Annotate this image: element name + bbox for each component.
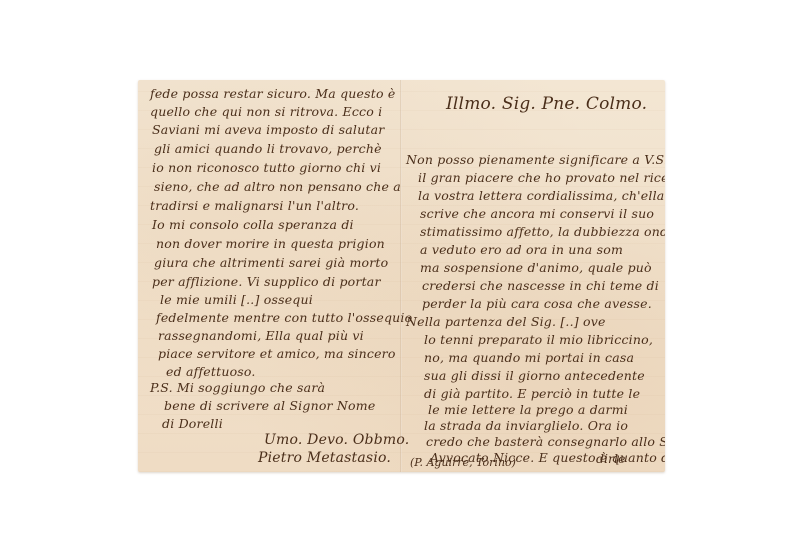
archival-note: (P. Aguirre, Torino): [410, 456, 516, 469]
center-fold: [400, 80, 402, 472]
text-line: le mie lettere la prego a darmi: [428, 402, 628, 418]
text-line: ed affettuoso.: [166, 364, 256, 380]
text-line: giura che altrimenti sarei già morto: [154, 255, 388, 271]
closing-formula: Umo. Devo. Obbmo.: [264, 432, 409, 448]
text-line: sua gli dissi il giorno antecedente: [424, 368, 645, 384]
text-line: il gran piacere che ho provato nel ricev…: [418, 170, 665, 186]
text-line: credersi che nascesse in chi teme di: [422, 278, 659, 294]
text-line: no, ma quando mi portai in casa: [424, 350, 634, 366]
left-page: fede possa restar sicuro. Ma questo è qu…: [146, 80, 396, 472]
text-line-final: dirle: [596, 451, 625, 466]
text-line: di già partito. E perciò in tutte le: [424, 386, 640, 402]
text-line: bene di scrivere al Signor Nome: [164, 398, 375, 414]
letter-sheet: fede possa restar sicuro. Ma questo è qu…: [138, 80, 665, 472]
text-line: fedelmente mentre con tutto l'ossequio: [156, 310, 412, 326]
text-line: quello che qui non si ritrova. Ecco i: [150, 104, 382, 120]
text-line: lo tenni preparato il mio libriccino,: [424, 332, 653, 348]
text-line: ma sospensione d'animo, quale può: [420, 260, 652, 276]
text-line: di Dorelli: [162, 416, 223, 432]
text-line: stimatissimo affetto, la dubbiezza ond'i…: [420, 224, 665, 240]
text-line: scrive che ancora mi conservi il suo: [420, 206, 654, 222]
text-line: Io mi consolo colla speranza di: [152, 217, 354, 233]
text-line: P.S. Mi soggiungo che sarà: [150, 380, 325, 396]
right-page: Illmo. Sig. Pne. Colmo. Non posso pienam…: [406, 80, 661, 472]
text-line: non dover morire in questa prigion: [156, 236, 385, 252]
text-line: Non posso pienamente significare a V.S. …: [406, 152, 665, 168]
text-line: rassegnandomi, Ella qual più vi: [158, 328, 364, 344]
text-line: Nella partenza del Sig. [..] ove: [406, 314, 606, 330]
text-line: perder la più cara cosa che avesse.: [422, 296, 652, 312]
text-line: per afflizione. Vi supplico di portar: [152, 274, 381, 290]
text-line: credo che basterà consegnarlo allo Stess…: [426, 434, 665, 450]
text-line: io non riconosco tutto giorno chi vi: [152, 160, 381, 176]
text-line: Saviani mi aveva imposto di salutar: [152, 122, 384, 138]
text-line: piace servitore et amico, ma sincero: [158, 346, 396, 362]
salutation: Illmo. Sig. Pne. Colmo.: [446, 96, 647, 112]
text-line: a veduto ero ad ora in una som: [420, 242, 623, 258]
text-line: gli amici quando li trovavo, perchè: [154, 141, 382, 157]
signature: Pietro Metastasio.: [258, 450, 391, 466]
text-line: fede possa restar sicuro. Ma questo è: [150, 86, 396, 102]
text-line: sieno, che ad altro non pensano che a: [154, 179, 401, 195]
text-line: la vostra lettera cordialissima, ch'ella…: [418, 188, 665, 204]
text-line: le mie umili [..] ossequi: [160, 292, 313, 308]
text-line: tradirsi e malignarsi l'un l'altro.: [150, 198, 359, 214]
text-line: la strada da inviarglielo. Ora io: [424, 418, 628, 434]
